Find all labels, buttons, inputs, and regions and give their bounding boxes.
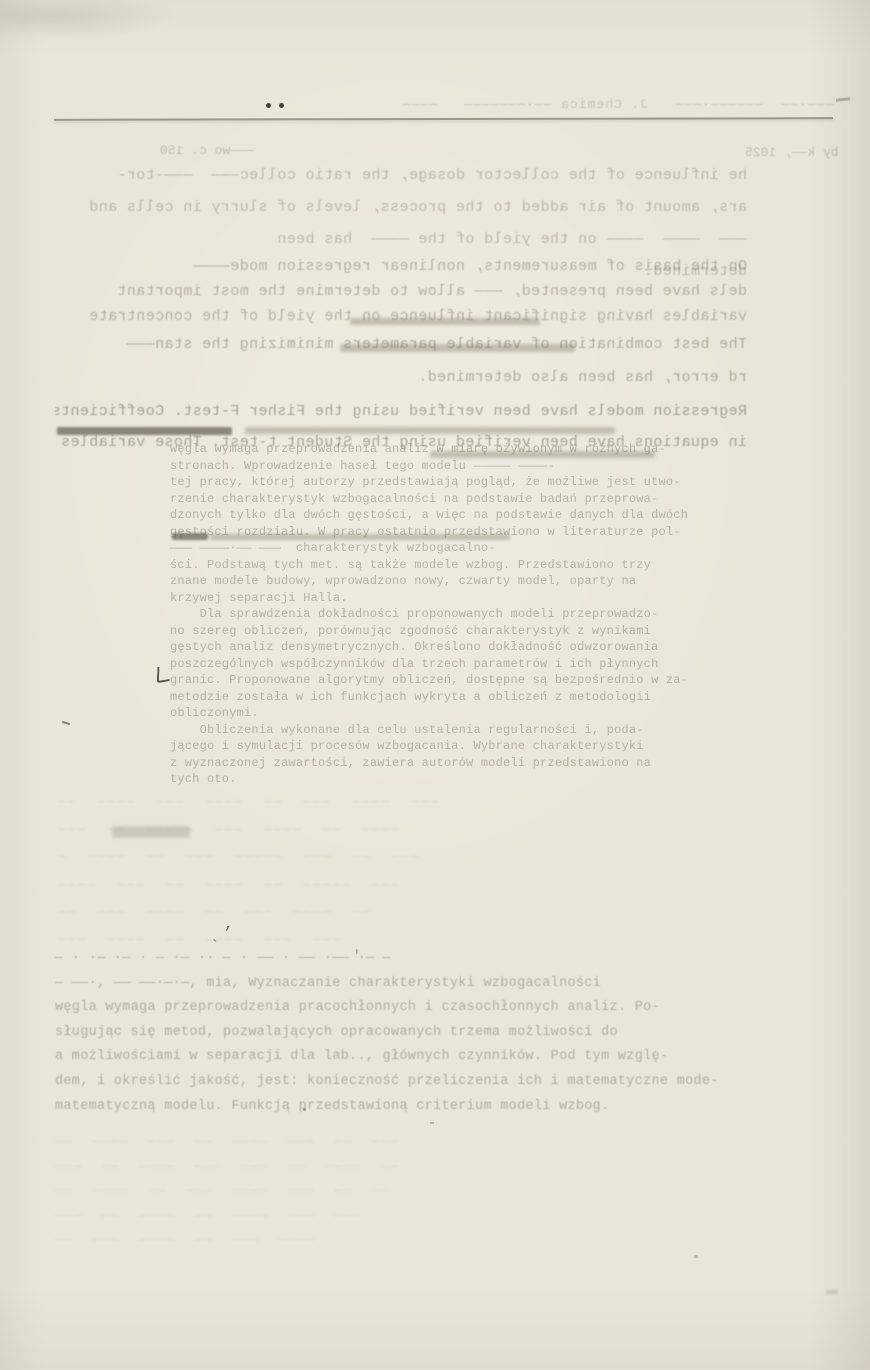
text-line: —— ——— ———— —— ——— ———— —— <box>58 898 814 926</box>
ink-dot <box>279 103 284 108</box>
text-line: obliczonymi. <box>170 705 758 722</box>
ink-smudge <box>57 427 232 435</box>
text-line: tej pracy, której autorzy przedstawiają … <box>170 474 758 491</box>
text-line: ——— —— ———— —— ———— ——— ——— <box>55 1204 797 1229</box>
text-line: —— ———— —— ——— ———— ——— —— —— <box>55 1179 797 1204</box>
text-line: —— ———— ——— ———— —— ——— ———— ——— <box>58 788 814 816</box>
ink-smudge <box>340 344 575 352</box>
text-line: dels have been presented, ——— allow to d… <box>55 279 747 304</box>
scan-corner-shade <box>0 0 180 40</box>
text-line: Obliczenia wykonane dla celu ustalenia r… <box>170 722 758 739</box>
text-line: sługując się metod, pozwalających opraco… <box>55 1021 817 1046</box>
ink-speck <box>836 97 850 101</box>
text-line: matematyczną modelu. Funkcją przedstawio… <box>55 1095 817 1120</box>
ink-dot <box>266 103 271 108</box>
text-line: dzonych tylko dla dwóch gęstości, a więc… <box>170 507 758 524</box>
mirrored-abstract-paragraph-3: The best combination of variable paramet… <box>55 328 747 394</box>
ink-smudge <box>350 318 540 325</box>
ink-speck <box>826 1290 838 1294</box>
text-line: ———— ——— —— ———— —— ————— ——— <box>58 871 814 899</box>
text-line: granic. Proponowane algorytmy obliczeń, … <box>170 672 758 689</box>
text-line: On the basis of measurements, nonlinear … <box>55 254 747 279</box>
text-line: —— ——— ———— —— ——— ———— <box>55 1228 797 1253</box>
text-line: ści. Podstawą tych met. są także modele … <box>170 557 758 574</box>
text-line: variables having significant influence o… <box>55 304 747 329</box>
text-line: metodzie została w ich funkcjach wykryta… <box>170 689 758 706</box>
text-line: rd error, has been also determined. <box>55 361 747 394</box>
ink-smudge <box>245 427 615 434</box>
text-line: gęstości rozdziału. W pracy ostatnio prz… <box>170 524 758 541</box>
ink-speck <box>430 1122 434 1124</box>
text-line: jącego i symulacji procesów wzbogacania.… <box>170 738 758 755</box>
text-line: ars, amount of air added to the process,… <box>55 192 747 224</box>
text-line: —— ———— ——— —— ———— ——— —— ——— <box>55 1130 797 1155</box>
text-line: ——— —— ————— ——— ———— —— ———— <box>58 816 814 844</box>
ink-speck <box>694 1255 698 1258</box>
text-line: ——— —— ———— ——— ——— —— ———— —— <box>55 1155 797 1180</box>
text-line: Regression models have been verified usi… <box>55 396 747 427</box>
text-line: gęstych analiz densymetrycznych. Określo… <box>170 639 758 656</box>
running-head-ghost: ———·—— ——————·——— J. Chemica ——·——————— … <box>55 98 833 112</box>
text-line: ———·—— ——————·——— J. Chemica ——·——————— … <box>55 98 833 112</box>
text-line: — ———— —— ——— ————— ——— —— ——— <box>58 843 814 871</box>
text-line: — ——·, —— ——·—·—, mia, Wyznaczanie chara… <box>55 972 817 997</box>
scanned-page: ———·—— ——————·——— J. Chemica ——·——————— … <box>0 0 870 1370</box>
pen-mark <box>157 665 170 684</box>
faint-paragraph-a: —— ———— ——— ———— —— ——— ———— —————— —— —… <box>58 788 814 953</box>
ink-speck <box>303 1108 306 1111</box>
text-line: a możliwościami w separacji dla lab.., g… <box>55 1045 817 1070</box>
text-line: tych oto. <box>170 771 758 788</box>
text-line: poszczególnych współczynników dla trzech… <box>170 656 758 673</box>
text-line: Dla sprawdzenia dokładności proponowanyc… <box>170 606 758 623</box>
text-line: krzywej separacji Halla. <box>170 590 758 607</box>
text-line: z wyznaczonej zawartości, zawiera autoró… <box>170 755 758 772</box>
text-line: węgla wymaga przeprowadzenia pracochłonn… <box>55 996 817 1021</box>
ink-speck <box>62 721 70 725</box>
header-rule <box>54 117 833 121</box>
text-line: ——— ———— ———— on the yield of the ———— h… <box>55 224 747 256</box>
text-line: węgla wymaga przeprowadzenia analiz w mi… <box>170 441 758 458</box>
polish-abstract-block: węgla wymaga przeprowadzenia analiz w mi… <box>170 441 758 788</box>
text-line: no szereg obliczeń, porównując zgodność … <box>170 623 758 640</box>
issue-fragment-right: by k——, 1025 <box>745 145 839 160</box>
ink-comma-mark: , <box>224 915 234 933</box>
text-line: znane modele budowy, wprowadzono nowy, c… <box>170 573 758 590</box>
text-line: rzenie charakterystyk wzbogacalności na … <box>170 491 758 508</box>
intro-paragraph: — · ·— ·— · — ·— ·· — · —— · —— ·—— ·— —… <box>55 947 817 1119</box>
text-line: stronach. Wprowadzenie haseł tego modelu… <box>170 458 758 475</box>
faint-paragraph-c: —— ———— ——— —— ———— ——— —— —————— —— ———… <box>55 1130 797 1253</box>
ink-tick-mark: ' <box>352 948 362 966</box>
text-line: — · ·— ·— · — ·— ·· — · —— · —— ·—— ·— — <box>55 947 817 972</box>
text-line: he influence of the collector dosage, th… <box>55 160 747 192</box>
issue-fragment-left: ———wo c. 150 <box>160 143 254 158</box>
ink-tick-mark: ` <box>210 938 220 956</box>
text-line: ——— ————·—— ——— charakterystyk wzbogacal… <box>170 540 758 557</box>
text-line: dem, i określić jakość, jest: koniecznoś… <box>55 1070 817 1095</box>
